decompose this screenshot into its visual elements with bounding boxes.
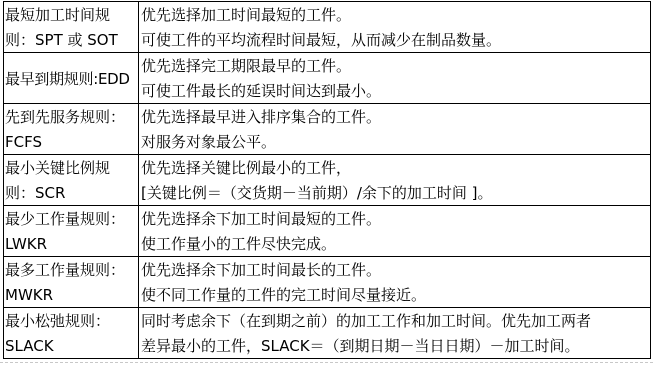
rule-description-line: 优先选择余下加工时间最长的工件。 — [141, 257, 650, 282]
rule-description-line: 可使工件的平均流程时间最短，从而减少在制品数量。 — [141, 27, 650, 52]
rule-description-line: 优先选择余下加工时间最短的工件。 — [141, 206, 650, 231]
rule-description-line: [关键比例＝（交货期－当前期）/余下的加工时间 ]。 — [141, 180, 650, 205]
rule-description-line: 对服务对象最公平。 — [141, 129, 650, 154]
rule-name-line: MWKR — [5, 282, 138, 307]
scheduling-rules-table: 最短加工时间规 则：SPT 或 SOT 优先选择加工时间最短的工件。 可使工件的… — [3, 1, 651, 359]
rule-description-cell: 优先选择余下加工时间最长的工件。 使不同工作量的工件的完工时间尽量接近。 — [139, 257, 651, 308]
rule-description-line: 优先选择完工期限最早的工件。 — [141, 53, 650, 78]
table-row: 最早到期规则:EDD 优先选择完工期限最早的工件。 可使工件最长的延误时间达到最… — [4, 53, 651, 104]
rule-name-line: FCFS — [5, 129, 138, 154]
rule-description-line: 优先选择最早进入排序集合的工件。 — [141, 104, 650, 129]
table-row: 最短加工时间规 则：SPT 或 SOT 优先选择加工时间最短的工件。 可使工件的… — [4, 2, 651, 53]
rule-name-line: 先到先服务规则： — [5, 104, 138, 129]
rule-description-line: 优先选择加工时间最短的工件。 — [141, 2, 650, 27]
rule-description-cell: 优先选择余下加工时间最短的工件。 使工作量小的工件尽快完成。 — [139, 206, 651, 257]
rule-description-cell: 优先选择加工时间最短的工件。 可使工件的平均流程时间最短，从而减少在制品数量。 — [139, 2, 651, 53]
rule-name-line: LWKR — [5, 231, 138, 256]
rule-description-line: 差异最小的工件，SLACK＝（到期日期－当日日期）－加工时间。 — [141, 333, 650, 358]
rule-name-line: 最早到期规则:EDD — [5, 66, 138, 91]
rule-name-line: 最少工作量规则： — [5, 206, 138, 231]
rule-description-line: 优先选择关键比例最小的工件， — [141, 155, 650, 180]
rule-name-line: 最小关键比例规 — [5, 155, 138, 180]
table-row: 最少工作量规则： LWKR 优先选择余下加工时间最短的工件。 使工作量小的工件尽… — [4, 206, 651, 257]
table-row: 先到先服务规则： FCFS 优先选择最早进入排序集合的工件。 对服务对象最公平。 — [4, 104, 651, 155]
table-row: 最小松弛规则： SLACK 同时考虑余下（在到期之前）的加工工作和加工时间。优先… — [4, 308, 651, 359]
rule-name-line: 则：SCR — [5, 180, 138, 205]
table-row: 最多工作量规则： MWKR 优先选择余下加工时间最长的工件。 使不同工作量的工件… — [4, 257, 651, 308]
rule-name-cell: 最小松弛规则： SLACK — [4, 308, 139, 359]
rule-name-cell: 最小关键比例规 则：SCR — [4, 155, 139, 206]
rule-name-line: 最多工作量规则： — [5, 257, 138, 282]
rule-name-line: 则：SPT 或 SOT — [5, 27, 138, 52]
rule-description-line: 可使工件最长的延误时间达到最小。 — [141, 78, 650, 103]
rule-name-cell: 最早到期规则:EDD — [4, 53, 139, 104]
rule-description-line: 同时考虑余下（在到期之前）的加工工作和加工时间。优先加工两者 — [141, 308, 650, 333]
rule-name-cell: 最少工作量规则： LWKR — [4, 206, 139, 257]
rule-name-line: SLACK — [5, 333, 138, 358]
rule-description-line: 使工作量小的工件尽快完成。 — [141, 231, 650, 256]
rule-description-cell: 同时考虑余下（在到期之前）的加工工作和加工时间。优先加工两者 差异最小的工件，S… — [139, 308, 651, 359]
rule-name-cell: 最多工作量规则： MWKR — [4, 257, 139, 308]
rule-description-cell: 优先选择最早进入排序集合的工件。 对服务对象最公平。 — [139, 104, 651, 155]
rule-name-line: 最小松弛规则： — [5, 308, 138, 333]
rule-description-cell: 优先选择完工期限最早的工件。 可使工件最长的延误时间达到最小。 — [139, 53, 651, 104]
page-edge-divider — [0, 362, 653, 363]
rule-description-line: 使不同工作量的工件的完工时间尽量接近。 — [141, 282, 650, 307]
rule-description-cell: 优先选择关键比例最小的工件， [关键比例＝（交货期－当前期）/余下的加工时间 ]… — [139, 155, 651, 206]
table-row: 最小关键比例规 则：SCR 优先选择关键比例最小的工件， [关键比例＝（交货期－… — [4, 155, 651, 206]
rule-name-line: 最短加工时间规 — [5, 2, 138, 27]
rule-name-cell: 先到先服务规则： FCFS — [4, 104, 139, 155]
rule-name-cell: 最短加工时间规 则：SPT 或 SOT — [4, 2, 139, 53]
